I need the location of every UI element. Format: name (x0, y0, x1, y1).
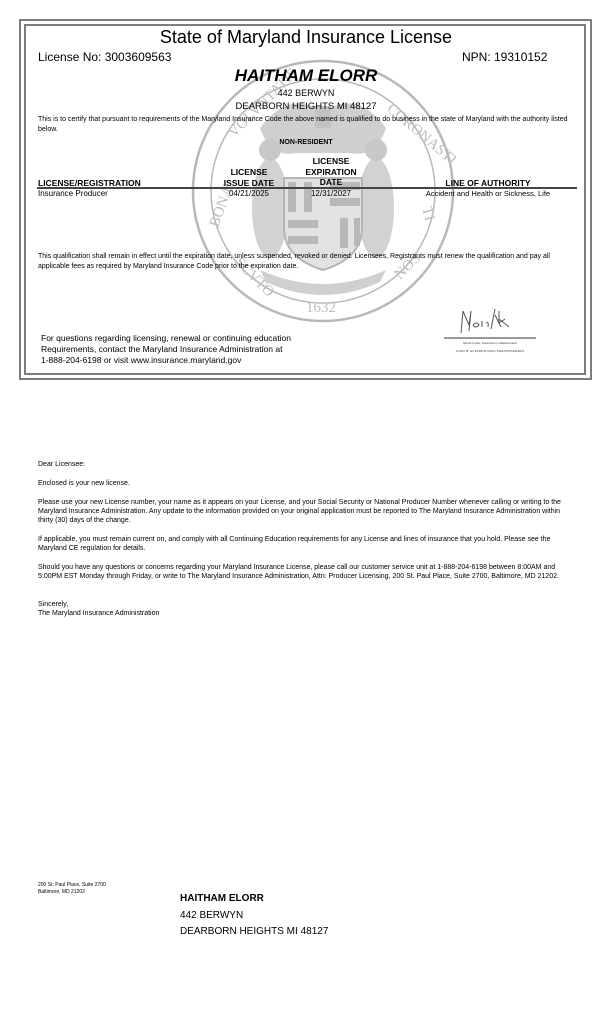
contact-line3: 1-888-204-6198 or visit www.insurance.ma… (41, 355, 341, 366)
certificate-title: State of Maryland Insurance License (0, 27, 612, 48)
letter-closing: Sincerely, (38, 600, 568, 609)
cell-line-of-authority: Accident and Health or Sickness, Life (398, 189, 578, 198)
contact-info: For questions regarding licensing, renew… (41, 333, 341, 366)
residency-status: NON-RESIDENT (0, 139, 612, 146)
svg-text:TI: TI (418, 205, 437, 223)
svg-text:1632: 1632 (306, 300, 336, 316)
commissioner-signature-icon (455, 305, 515, 337)
column-header-expiration-date: LICENSE EXPIRATION DATE (296, 156, 366, 188)
expiration-header-line3: DATE (296, 177, 366, 188)
validity-statement: This qualification shall remain in effec… (38, 252, 578, 271)
column-header-issue-date: LICENSE ISSUE DATE (214, 167, 284, 188)
void-notice: VOID IF ALTERED NON-TRANSFERABLE (440, 349, 540, 353)
certification-statement: This is to certify that pursuant to requ… (38, 115, 578, 134)
recipient-address-line2: DEARBORN HEIGHTS MI 48127 (180, 926, 328, 937)
letter-greeting: Dear Licensee: (38, 460, 568, 469)
recipient-name: HAITHAM ELORR (180, 893, 264, 904)
expiration-header-line2: EXPIRATION (296, 167, 366, 178)
letter-paragraph-2: If applicable, you must remain current o… (38, 535, 568, 553)
signature-rule (444, 337, 536, 339)
signer-title: Marie Grant, Insurance Commissioner (440, 341, 540, 345)
return-address-line2: Baltimore, MD 21202 (38, 889, 106, 896)
cell-issue-date: 04/21/2025 (214, 189, 284, 198)
licensee-name: HAITHAM ELORR (0, 66, 612, 86)
licensee-address-line2: DEARBORN HEIGHTS MI 48127 (0, 101, 612, 112)
cell-registration: Insurance Producer (38, 189, 108, 198)
letter-paragraph-3: Should you have any questions or concern… (38, 563, 568, 581)
npn-number: NPN: 19310152 (462, 50, 547, 64)
issue-date-header-line1: LICENSE (214, 167, 284, 178)
cell-expiration-date: 12/31/2027 (296, 189, 366, 198)
return-address-line1: 200 St. Paul Place, Suite 2700 (38, 882, 106, 889)
license-number: License No: 3003609563 (38, 50, 171, 64)
letter-sender: The Maryland Insurance Administration (38, 609, 568, 618)
contact-line1: For questions regarding licensing, renew… (41, 333, 341, 344)
letter-paragraph-1: Please use your new License number, your… (38, 498, 568, 525)
recipient-address-line1: 442 BERWYN (180, 910, 243, 921)
return-address: 200 St. Paul Place, Suite 2700 Baltimore… (38, 882, 106, 895)
expiration-header-line1: LICENSE (296, 156, 366, 167)
contact-line2: Requirements, contact the Maryland Insur… (41, 344, 341, 355)
licensee-address-line1: 442 BERWYN (0, 88, 612, 98)
letter-enclosed: Enclosed is your new license. (38, 479, 568, 488)
